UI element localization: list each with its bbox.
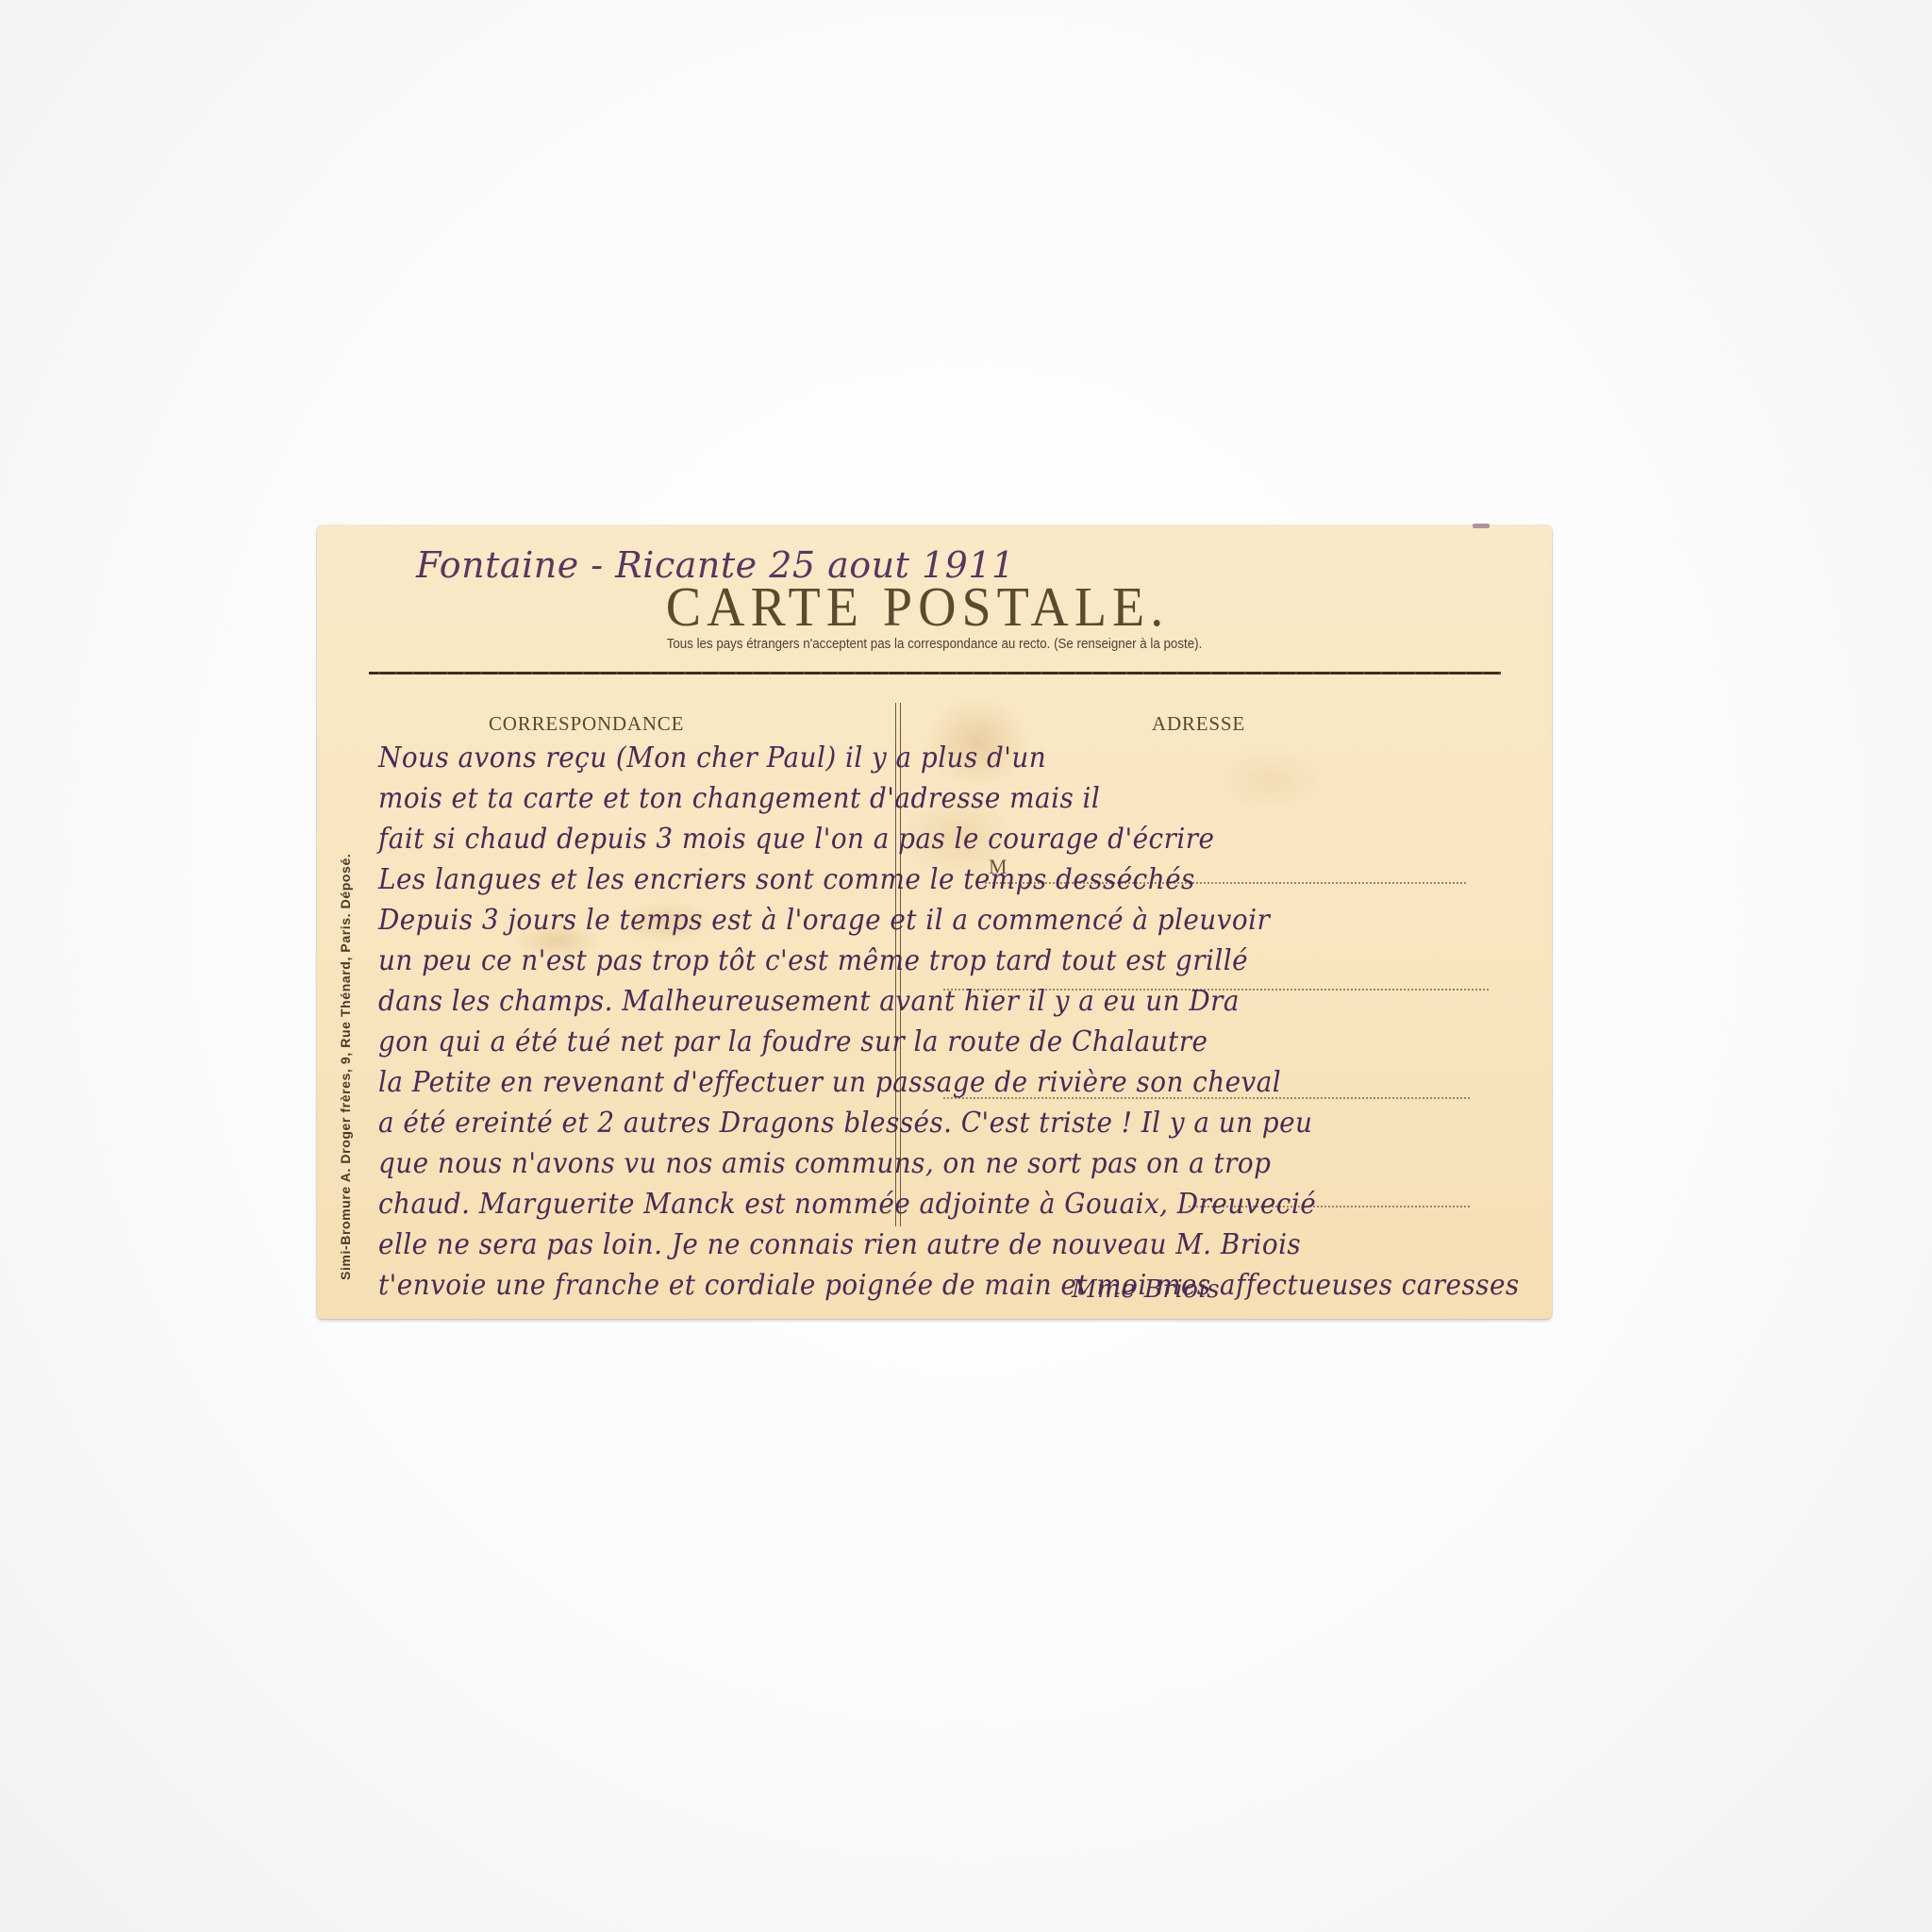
printer-imprint: Simi-Bromure A. Droger frères, 9, Rue Th… [338,854,353,1280]
message-line: Nous avons reçu (Mon cher Paul) il y a p… [378,738,1520,778]
postcard-title: CARTE POSTALE. [317,577,1552,638]
message-line: que nous n'avons vu nos amis communs, on… [378,1143,1520,1184]
message-line: dans les champs. Malheureusement avant h… [378,981,1520,1022]
message-line: elle ne sera pas loin. Je ne connais rie… [378,1224,1520,1265]
message-line: mois et ta carte et ton changement d'adr… [378,778,1520,819]
message-line: la Petite en revenant d'effectuer un pas… [378,1062,1520,1103]
message-line: Depuis 3 jours le temps est à l'orage et… [378,900,1520,941]
message-line: un peu ce n'est pas trop tôt c'est même … [378,941,1520,981]
correspondence-label: CORRESPONDANCE [489,712,684,736]
message-line: gon qui a été tué net par la foudre sur … [378,1022,1520,1062]
handwritten-message: Nous avons reçu (Mon cher Paul) il y a p… [378,738,1608,1306]
postal-notice: Tous les pays étrangers n'acceptent pas … [366,637,1502,652]
title-text: CARTE POSTALE. [666,575,1170,639]
address-label: ADRESSE [1152,712,1245,736]
ink-mark [1473,524,1490,528]
message-line: fait si chaud depuis 3 mois que l'on a p… [378,819,1520,859]
message-line: t'envoie une franche et cordiale poignée… [378,1265,1520,1306]
postcard: Fontaine - Ricante 25 aout 1911 CARTE PO… [317,525,1552,1319]
signature: Mme Briois [1072,1275,1220,1304]
message-line: a été ereinté et 2 autres Dragons blessé… [378,1103,1520,1143]
message-line: chaud. Marguerite Manck est nommée adjoi… [378,1184,1520,1224]
message-line: Les langues et les encriers sont comme l… [378,859,1520,900]
header-rule [369,672,1501,675]
